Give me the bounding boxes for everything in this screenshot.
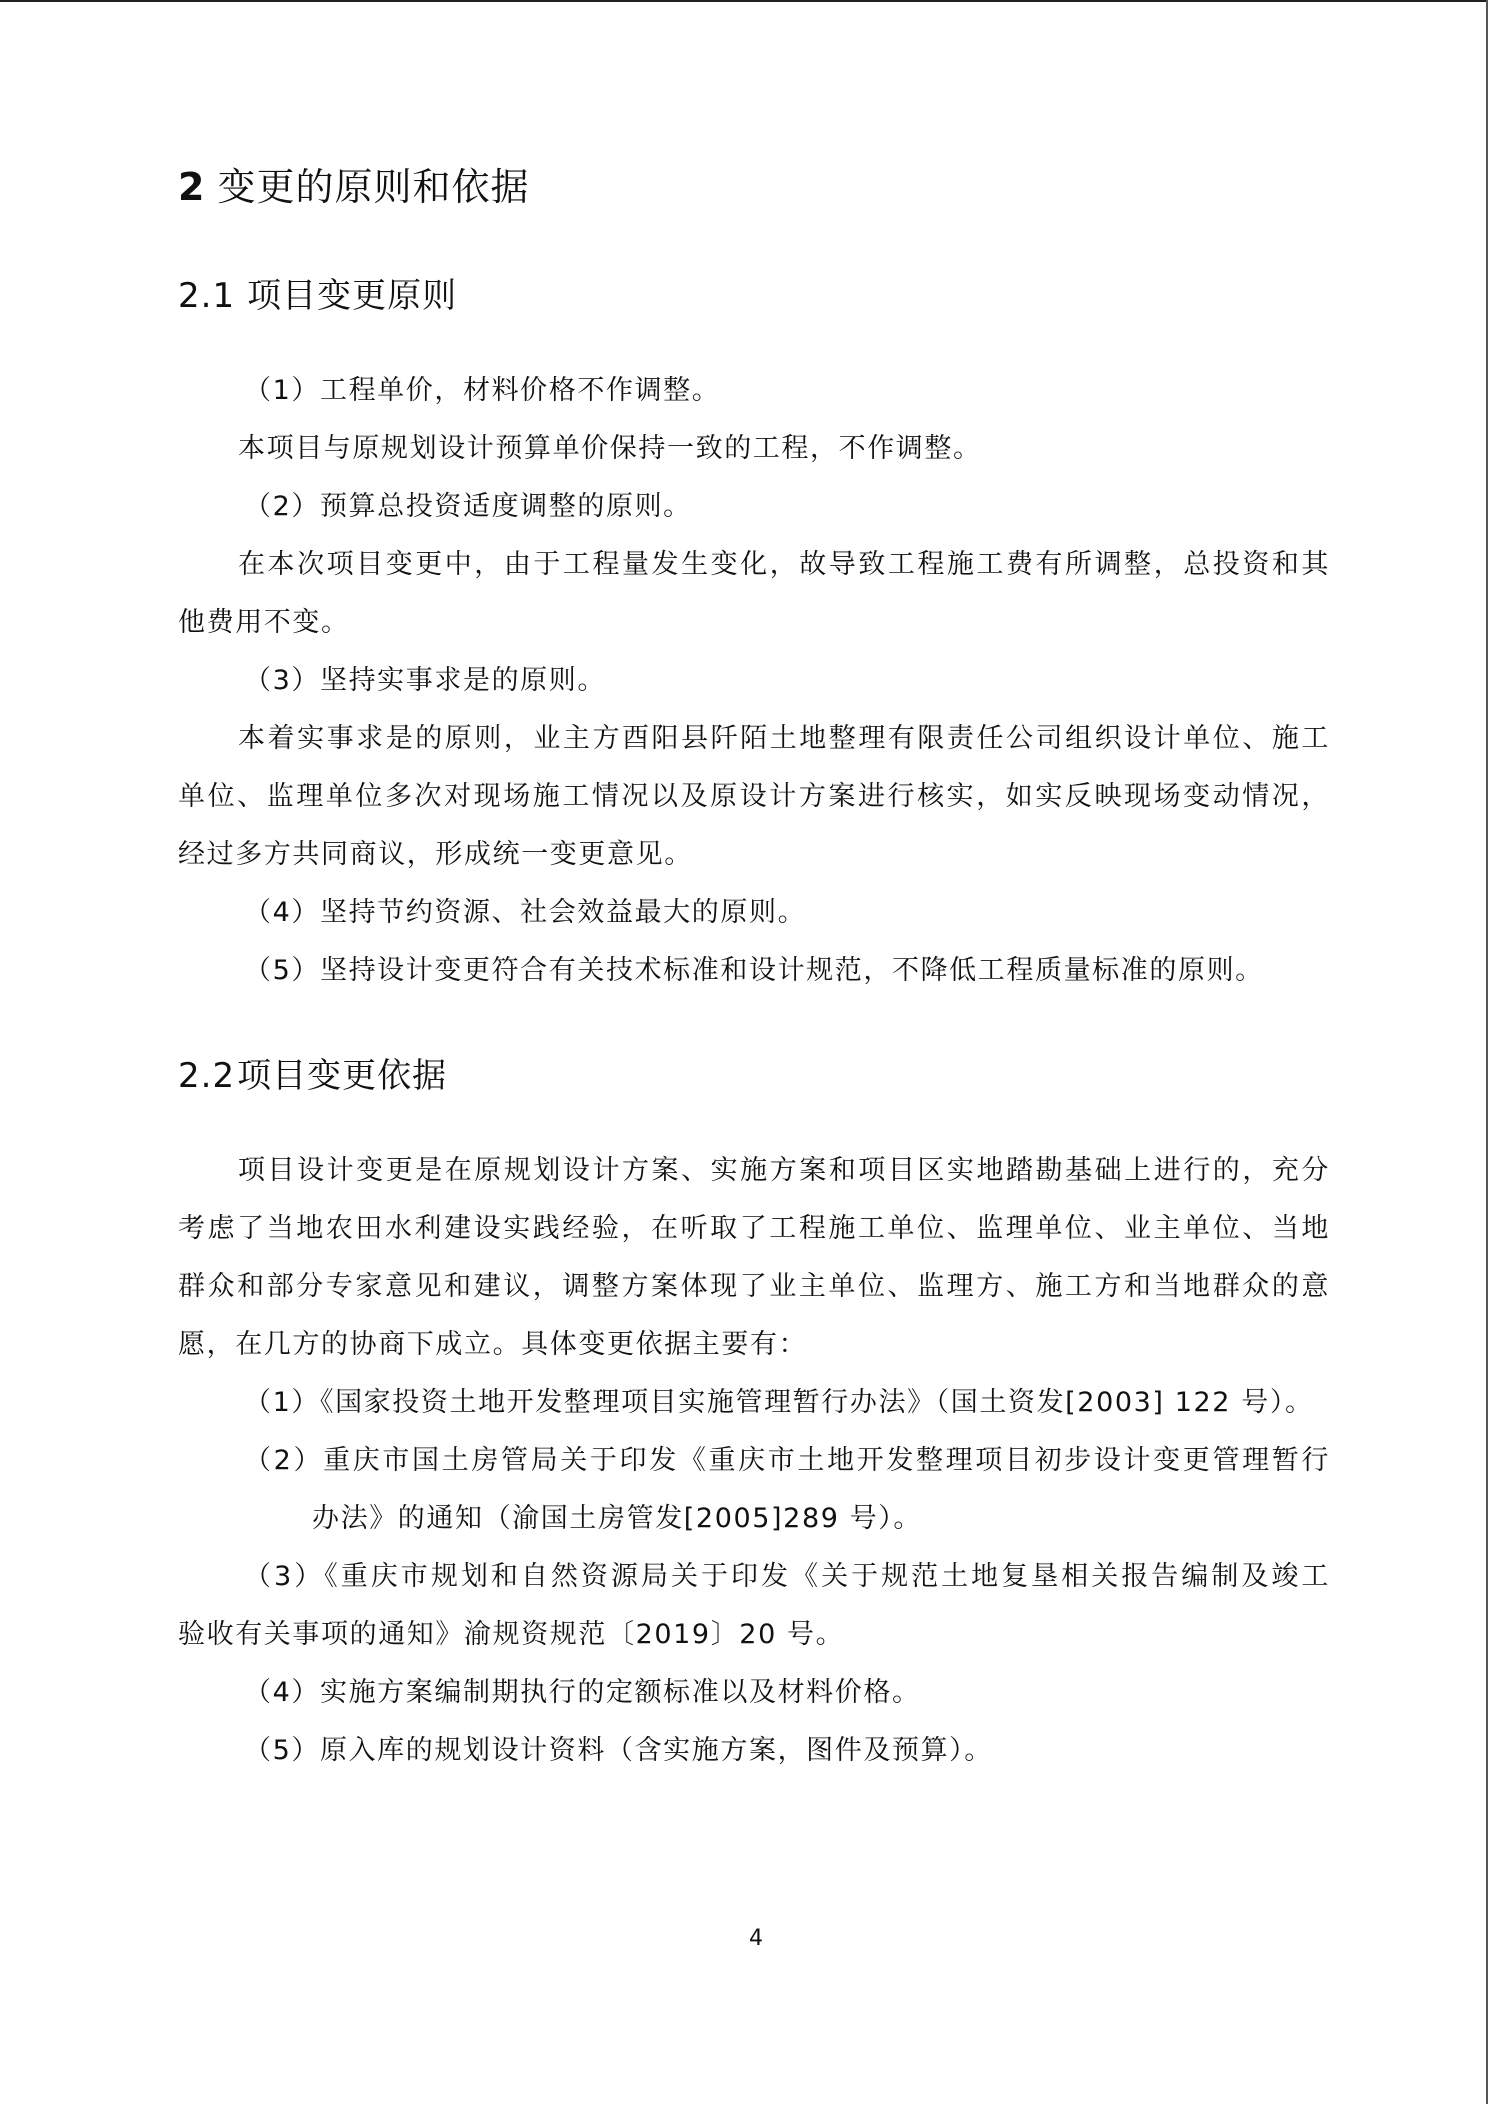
principle-item-2: （2）预算总投资适度调整的原则。: [244, 490, 692, 524]
section-title: 项目变更原则: [247, 276, 457, 316]
principle-item-3: （3）坚持实事求是的原则。: [244, 664, 606, 698]
section-title: 项目变更依据: [237, 1056, 447, 1096]
document-page: 2变更的原则和依据 2.1项目变更原则 （1）工程单价，材料价格不作调整。 本项…: [0, 0, 1488, 2104]
basis-item-2: （2）重庆市国土房管局关于印发《重庆市土地开发整理项目初步设计变更管理暂行: [244, 1444, 1330, 1478]
paragraph-line: 项目设计变更是在原规划设计方案、实施方案和项目区实地踏勘基础上进行的，充分: [238, 1154, 1330, 1188]
chapter-heading: 2变更的原则和依据: [178, 156, 529, 211]
paragraph-line: 考虑了当地农田水利建设实践经验，在听取了工程施工单位、监理单位、业主单位、当地: [178, 1212, 1330, 1246]
paragraph-line: 经过多方共同商议，形成统一变更意见。: [178, 838, 693, 872]
section-number: 2.1: [178, 276, 235, 316]
principle-item-5: （5）坚持设计变更符合有关技术标准和设计规范，不降低工程质量标准的原则。: [244, 954, 1264, 988]
section-heading-2-2: 2.2项目变更依据: [178, 1048, 447, 1097]
basis-item-3-continued: 验收有关事项的通知》渝规资规范〔2019〕20 号。: [178, 1618, 844, 1652]
chapter-number: 2: [178, 165, 205, 209]
paragraph-line: 在本次项目变更中，由于工程量发生变化，故导致工程施工费有所调整，总投资和其: [238, 548, 1330, 582]
basis-item-4: （4）实施方案编制期执行的定额标准以及材料价格。: [244, 1676, 921, 1710]
section-number: 2.2: [178, 1056, 235, 1096]
paragraph-line: 本着实事求是的原则，业主方酉阳县阡陌土地整理有限责任公司组织设计单位、施工: [238, 722, 1330, 756]
paragraph-line: 愿，在几方的协商下成立。具体变更依据主要有：: [178, 1328, 807, 1362]
paragraph-line: 本项目与原规划设计预算单价保持一致的工程，不作调整。: [238, 432, 982, 466]
basis-item-1: （1）《国家投资土地开发整理项目实施管理暂行办法》（国土资发[2003] 122…: [244, 1386, 1314, 1420]
paragraph-line: 单位、监理单位多次对现场施工情况以及原设计方案进行核实，如实反映现场变动情况，: [178, 780, 1330, 814]
basis-item-2-continued: 办法》的通知（渝国土房管发[2005]289 号）。: [312, 1502, 922, 1536]
section-heading-2-1: 2.1项目变更原则: [178, 268, 457, 317]
paragraph-line: 他费用不变。: [178, 606, 350, 640]
paragraph-line: 群众和部分专家意见和建议，调整方案体现了业主单位、监理方、施工方和当地群众的意: [178, 1270, 1330, 1304]
basis-item-5: （5）原入库的规划设计资料（含实施方案，图件及预算）。: [244, 1734, 993, 1768]
basis-item-3: （3）《重庆市规划和自然资源局关于印发《关于规范土地复垦相关报告编制及竣工: [244, 1560, 1330, 1594]
principle-item-1: （1）工程单价，材料价格不作调整。: [244, 374, 720, 408]
page-number: 4: [0, 1926, 1488, 1951]
chapter-title: 变更的原则和依据: [217, 165, 529, 209]
principle-item-4: （4）坚持节约资源、社会效益最大的原则。: [244, 896, 806, 930]
